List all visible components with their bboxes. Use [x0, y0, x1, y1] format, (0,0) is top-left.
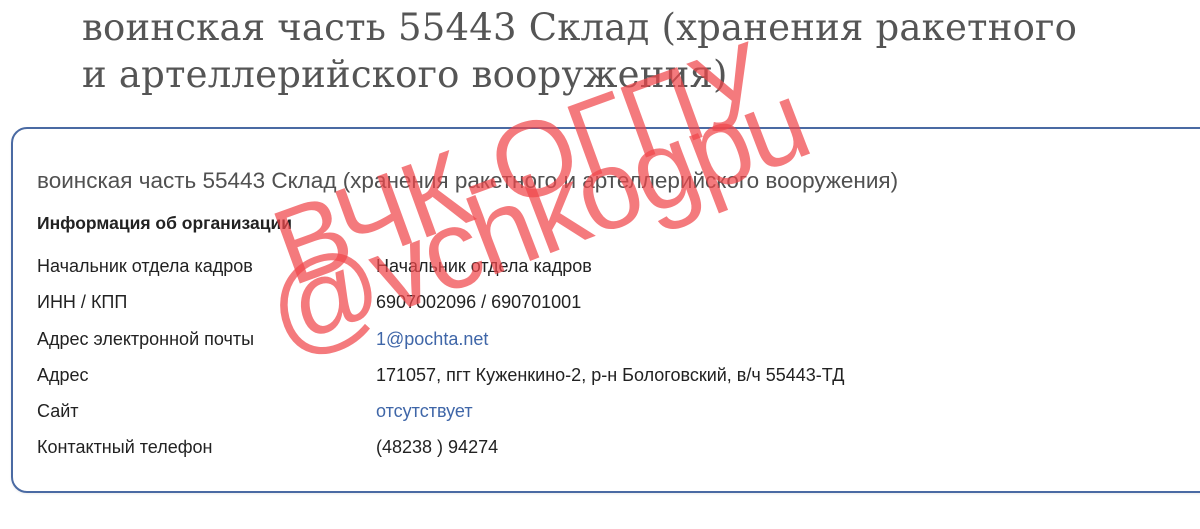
info-label: Адрес: [37, 365, 376, 386]
info-label: Сайт: [37, 401, 376, 422]
page-title: воинская часть 55443 Склад (хранения рак…: [82, 4, 1082, 98]
organization-card: воинская часть 55443 Склад (хранения рак…: [11, 127, 1200, 493]
info-value: 6907002096 / 690701001: [376, 292, 581, 313]
info-label: Адрес электронной почты: [37, 329, 376, 350]
info-row-email: Адрес электронной почты 1@pochta.net: [37, 329, 844, 365]
email-link[interactable]: 1@pochta.net: [376, 329, 488, 350]
info-row-hr-head: Начальник отдела кадров Начальник отдела…: [37, 256, 844, 292]
info-value: Начальник отдела кадров: [376, 256, 592, 277]
info-row-phone: Контактный телефон (48238 ) 94274: [37, 437, 844, 473]
card-title: воинская часть 55443 Склад (хранения рак…: [37, 168, 898, 194]
info-row-inn-kpp: ИНН / КПП 6907002096 / 690701001: [37, 292, 844, 328]
info-label: ИНН / КПП: [37, 292, 376, 313]
info-row-address: Адрес 171057, пгт Куженкино-2, р-н Болог…: [37, 365, 844, 401]
info-row-website: Сайт отсутствует: [37, 401, 844, 437]
info-value: 171057, пгт Куженкино-2, р-н Бологовский…: [376, 365, 844, 386]
info-label: Контактный телефон: [37, 437, 376, 458]
info-table: Начальник отдела кадров Начальник отдела…: [37, 256, 844, 474]
website-link[interactable]: отсутствует: [376, 401, 473, 422]
info-value: (48238 ) 94274: [376, 437, 498, 458]
section-heading: Информация об организации: [37, 213, 292, 234]
info-label: Начальник отдела кадров: [37, 256, 376, 277]
